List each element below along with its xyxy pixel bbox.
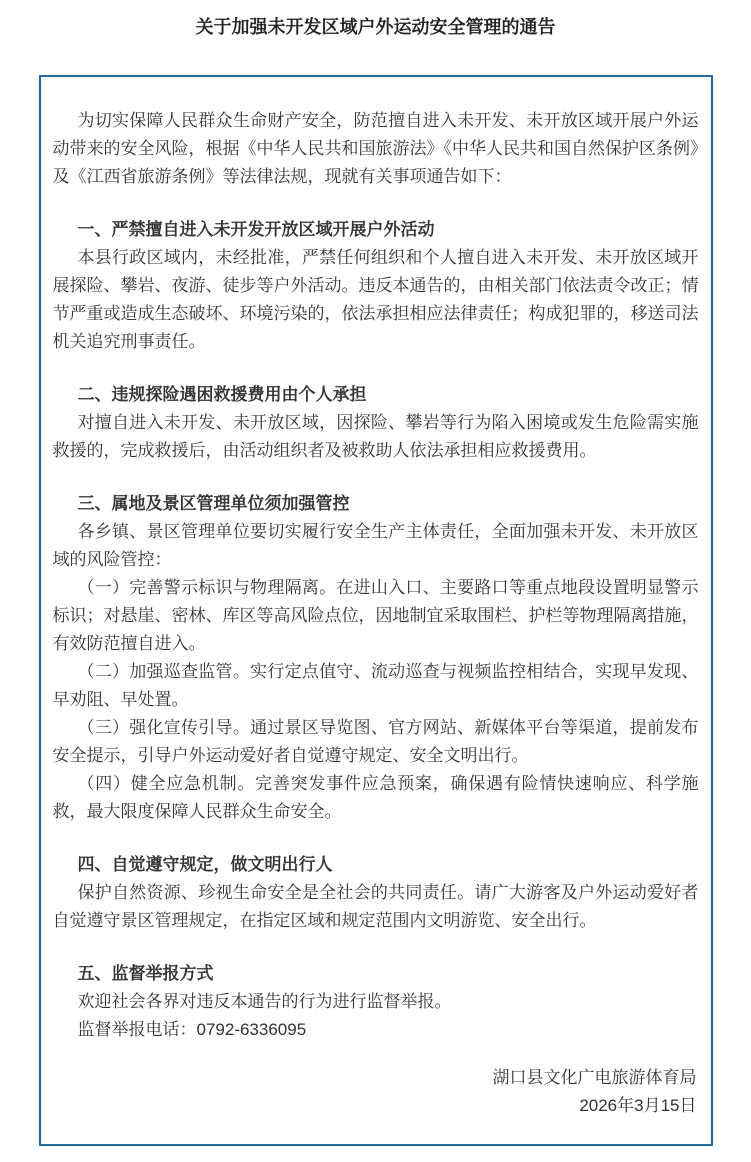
section-3-item-2: （二）加强巡查监管。实行定点值守、流动巡查与视频监控相结合，实现早发现、早劝阻、… (53, 658, 699, 714)
section-3-item-3: （三）强化宣传引导。通过景区导览图、官方网站、新媒体平台等渠道，提前发布安全提示… (53, 714, 699, 770)
section-4-paragraph: 保护自然资源、珍视生命安全是全社会的共同责任。请广大游客及户外运动爱好者自觉遵守… (53, 879, 699, 935)
signature-block: 湖口县文化广电旅游体育局 2026年3月15日 (53, 1064, 699, 1120)
section-5-paragraph: 欢迎社会各界对违反本通告的行为进行监督举报。 (53, 988, 699, 1016)
signature-date: 2026年3月15日 (53, 1092, 697, 1120)
intro-paragraph: 为切实保障人民群众生命财产安全，防范擅自进入未开发、未开放区域开展户外运动带来的… (53, 107, 699, 191)
section-3-item-1: （一）完善警示标识与物理隔离。在进山入口、主要路口等重点地段设置明显警示标识；对… (53, 574, 699, 658)
section-2-paragraph: 对擅自进入未开发、未开放区域，因探险、攀岩等行为陷入困境或发生危险需实施救援的，… (53, 409, 699, 465)
notice-box: 为切实保障人民群众生命财产安全，防范擅自进入未开发、未开放区域开展户外运动带来的… (39, 75, 713, 1146)
section-3-item-4: （四）健全应急机制。完善突发事件应急预案，确保遇有险情快速响应、科学施救，最大限… (53, 770, 699, 826)
section-1-paragraph: 本县行政区域内，未经批准，严禁任何组织和个人擅自进入未开发、未开放区域开展探险、… (53, 244, 699, 356)
signature-org: 湖口县文化广电旅游体育局 (53, 1064, 697, 1092)
section-4-heading: 四、自觉遵守规定，做文明出行人 (53, 851, 699, 879)
report-phone-line: 监督举报电话：0792-6336095 (53, 1016, 699, 1044)
section-3-heading: 三、属地及景区管理单位须加强管控 (53, 490, 699, 518)
page-title: 关于加强未开发区域户外运动安全管理的通告 (0, 0, 751, 40)
section-1-heading: 一、严禁擅自进入未开发开放区域开展户外活动 (53, 216, 699, 244)
section-2-heading: 二、违规探险遇困救援费用由个人承担 (53, 381, 699, 409)
section-5-heading: 五、监督举报方式 (53, 960, 699, 988)
notice-page: 关于加强未开发区域户外运动安全管理的通告 为切实保障人民群众生命财产安全，防范擅… (0, 0, 751, 1146)
section-3-paragraph-intro: 各乡镇、景区管理单位要切实履行安全生产主体责任，全面加强未开发、未开放区域的风险… (53, 518, 699, 574)
